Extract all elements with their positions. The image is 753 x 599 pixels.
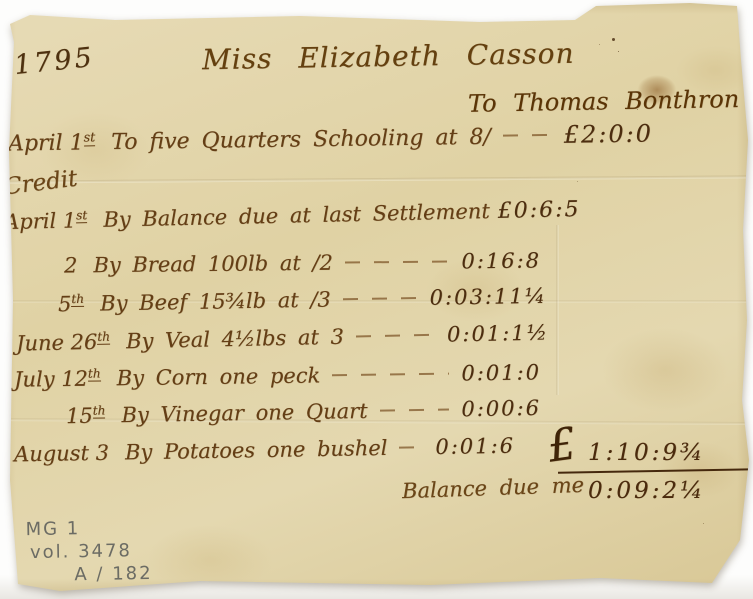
credit-section-label: Credit — [3, 166, 79, 201]
scanned-receipt-page: 1795 Miss Elizabeth Casson To Thomas Bon… — [0, 0, 753, 599]
dash-filler — [399, 446, 423, 448]
charge-date: April 1st — [8, 130, 96, 156]
credit-entry-row: June 26th By Veal 4½lbs at 3 0:01:1½ — [16, 320, 549, 355]
credit-entry-row: April 1st By Balance due at last Settlem… — [4, 198, 537, 235]
paper-fold — [556, 225, 559, 395]
pound-sign-flourish: £ — [545, 418, 580, 472]
archival-fonds-number: MG 1 — [25, 516, 152, 541]
paper-crease — [0, 175, 753, 183]
paper-shadow-wrap: 1795 Miss Elizabeth Casson To Thomas Bon… — [0, 0, 753, 599]
charge-row: April 1st To five Quarters Schooling at … — [8, 119, 653, 156]
entry-description: By Bread 100lb at /2 — [93, 251, 333, 278]
entry-description: By Beef 15¾lb at /3 — [100, 288, 331, 316]
entry-amount: £0:6:5 — [497, 197, 580, 224]
entry-date: 2 — [64, 253, 78, 277]
archival-item-number: A / 182 — [74, 562, 153, 586]
charge-amount: £2:0:0 — [564, 119, 654, 148]
entry-date: 15th — [66, 403, 106, 428]
entry-date: June 26th — [16, 330, 111, 356]
entry-amount: 0:01:0 — [461, 360, 541, 385]
credit-entry-row: August 3 By Potatoes one bushel 0:01:6 — [14, 434, 515, 467]
year-label: 1795 — [13, 42, 97, 81]
entry-amount: 0:03:11¼ — [429, 284, 547, 310]
dash-filler — [345, 260, 450, 263]
charge-description: To five Quarters Schooling at 8/ — [111, 125, 491, 155]
credit-entry-row: July 12th By Corn one peck 0:01:0 — [14, 360, 541, 391]
entry-amount: 0:01:6 — [435, 434, 515, 459]
sum-rule-line — [558, 468, 752, 473]
debtor-text: To Thomas Bonthron D — [468, 84, 753, 117]
entry-date: August 3 — [14, 441, 109, 467]
entry-amount: 0:00:6 — [461, 396, 541, 421]
entry-description: By Potatoes one bushel — [125, 436, 388, 465]
entry-amount: 0:16:8 — [461, 249, 541, 274]
entry-amount: 0:01:1½ — [447, 320, 549, 346]
addressee-name: Miss Elizabeth Casson — [202, 37, 575, 76]
balance-due-label: Balance due me — [402, 473, 585, 503]
entry-date: April 1st — [4, 208, 88, 234]
total-amount: 1:10:9¾ — [588, 440, 705, 466]
debtor-line: To Thomas Bonthron Dr — [468, 84, 753, 117]
entry-description: By Veal 4½lbs at 3 — [126, 325, 344, 354]
entry-date: July 12th — [14, 366, 101, 391]
credit-entry-row: 5th By Beef 15¾lb at /3 0:03:11¼ — [58, 284, 547, 317]
archival-volume-number: vol. 3478 — [30, 539, 153, 564]
dash-filler — [503, 134, 552, 137]
dash-filler — [356, 334, 435, 338]
credit-entry-row: 15th By Vinegar one Quart 0:00:6 — [66, 396, 541, 428]
credit-entry-row: 2 By Bread 100lb at /2 0:16:8 — [64, 249, 541, 278]
ink-specks — [612, 38, 615, 41]
dash-filler — [343, 297, 418, 300]
entry-description: By Corn one peck — [117, 363, 321, 390]
entry-description: By Vinegar one Quart — [121, 399, 368, 427]
entry-date: 5th — [58, 292, 85, 316]
archival-marks: MG 1 vol. 3478 A / 182 — [29, 516, 152, 587]
dash-filler — [380, 408, 450, 411]
balance-due-amount: 0:09:2¼ — [588, 478, 705, 504]
aged-paper-sheet: 1795 Miss Elizabeth Casson To Thomas Bon… — [0, 0, 753, 599]
entry-description: By Balance due at last Settlement — [103, 199, 490, 232]
dash-filler — [332, 373, 449, 377]
